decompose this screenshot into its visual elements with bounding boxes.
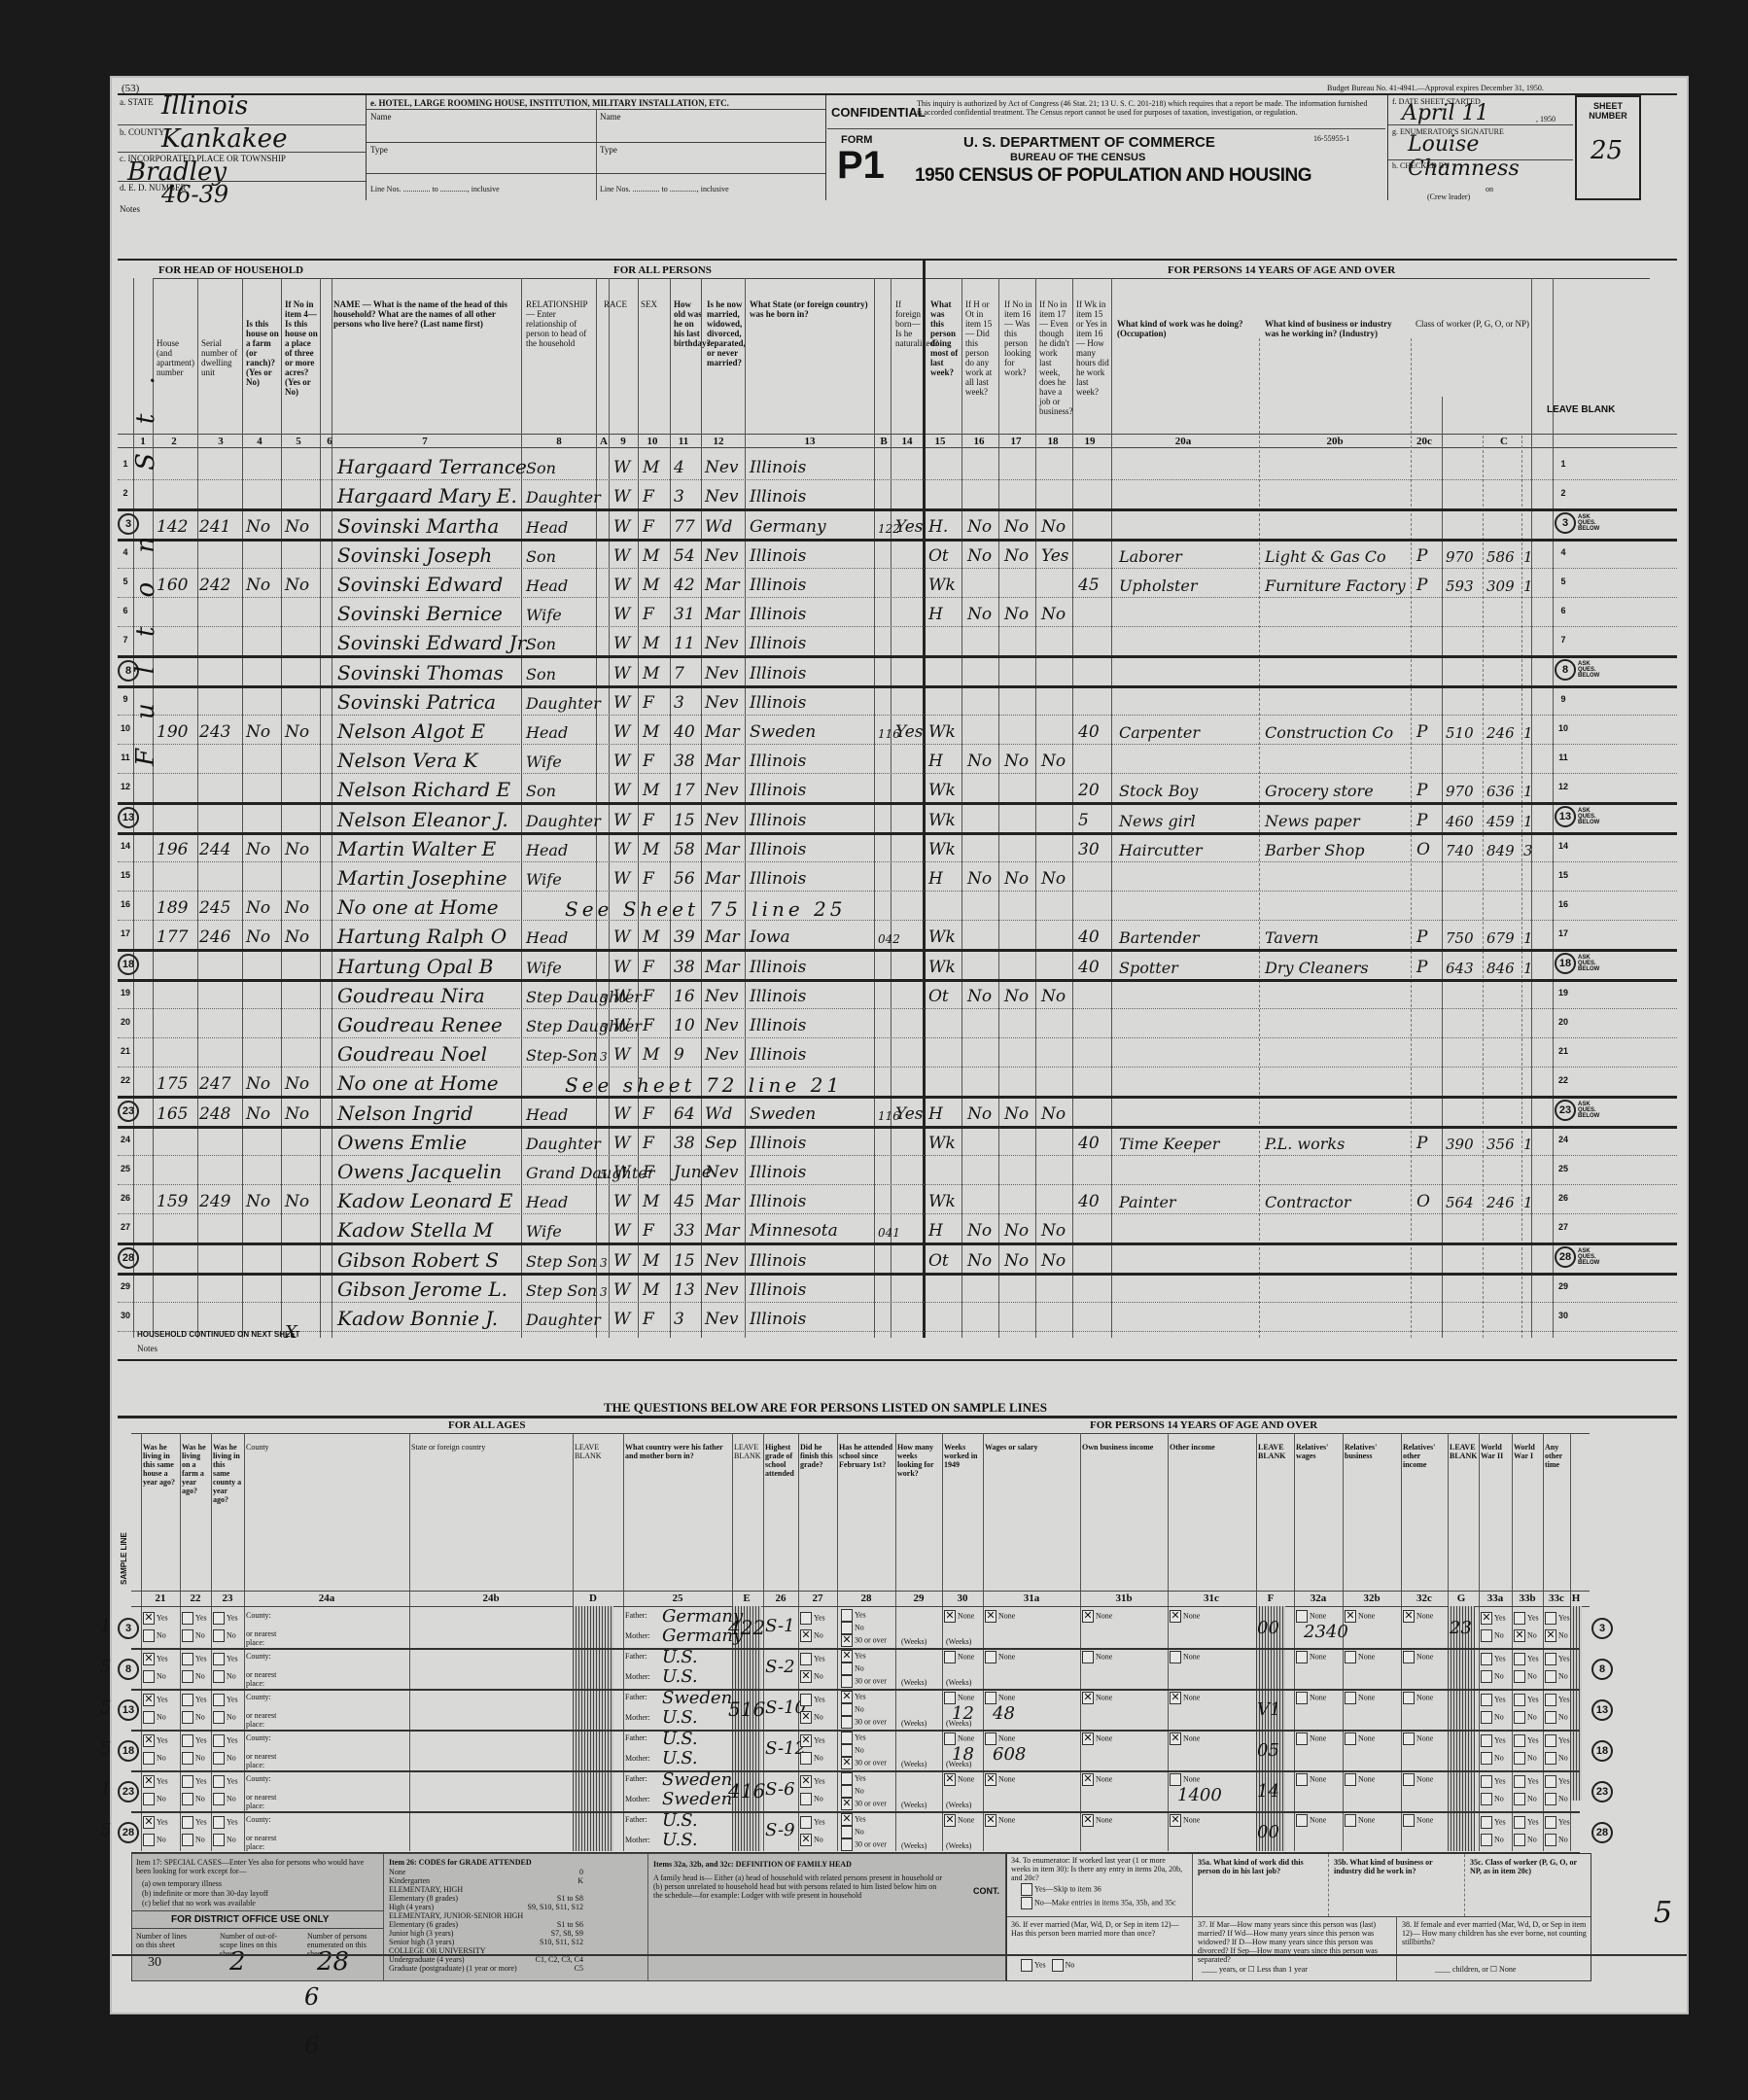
school-30-or-over-checkbox[interactable] [841, 1838, 853, 1851]
on-farm-no-checkbox[interactable] [182, 1670, 193, 1683]
ww1-no-label: No [1527, 1671, 1537, 1680]
other-service-yes-checkbox[interactable] [1545, 1612, 1556, 1625]
wages-none-checkbox[interactable] [985, 1651, 996, 1663]
other-service-no-checkbox[interactable] [1545, 1793, 1556, 1805]
wages-none-checkbox[interactable]: ✕ [985, 1814, 996, 1827]
same-county-yes-checkbox[interactable] [213, 1816, 225, 1829]
same-county-no-checkbox[interactable] [213, 1670, 225, 1683]
relatives-wages-none-checkbox[interactable] [1296, 1732, 1308, 1745]
relatives-other-none-checkbox[interactable] [1403, 1773, 1415, 1786]
business-income-none-label: None [1096, 1774, 1112, 1783]
grade-code-value: S10, S11, S12 [540, 1938, 583, 1946]
same-house-no-checkbox[interactable] [143, 1752, 155, 1765]
any-work: No [967, 987, 992, 1006]
school-since-feb-yes-checkbox[interactable]: ✕ [841, 1813, 853, 1826]
same-house-yes-checkbox[interactable]: ✕ [143, 1734, 155, 1747]
relatives-business-none-checkbox[interactable] [1345, 1692, 1356, 1704]
header-acres: If No in item 4— Is this house on a plac… [285, 299, 318, 397]
table-row: 33ASK QUES. BELOW142241NoNoSovinski Mart… [118, 509, 1677, 539]
business-income-none-checkbox[interactable]: ✕ [1082, 1610, 1094, 1623]
column-number: 19 [1078, 436, 1101, 447]
mother-label: Mother: [625, 1672, 650, 1681]
code-industry: 246 [1486, 1194, 1515, 1211]
finished-grade-yes-checkbox[interactable] [800, 1612, 812, 1625]
sample-row: 51818✕YesNoYesNoYesNoCounty:or nearest p… [118, 1731, 1677, 1771]
table-row: 2424Owens EmlieDaughterWF38SepIllinoisWk… [118, 1127, 1677, 1156]
business-income-none-checkbox[interactable]: ✕ [1082, 1732, 1094, 1745]
finished-grade-yes-checkbox[interactable]: ✕ [800, 1734, 812, 1747]
race: W [613, 869, 630, 889]
ww1-yes-checkbox[interactable] [1514, 1694, 1525, 1706]
sample-column-number: 25 [623, 1592, 732, 1604]
class-of-worker: P [1416, 811, 1427, 830]
sample-column-number: 24b [409, 1592, 573, 1604]
relationship: Daughter [526, 1135, 601, 1153]
finished-grade-yes-label: Yes [814, 1735, 825, 1744]
institution-block: e. HOTEL, LARGE ROOMING HOUSE, INSTITUTI… [367, 95, 826, 200]
sample-persons-14: FOR PERSONS 14 YEARS OF AGE AND OVER [1090, 1419, 1317, 1431]
birthplace: Illinois [750, 840, 806, 859]
ww2-yes-checkbox[interactable]: ✕ [1481, 1612, 1492, 1625]
school-since-feb-no-checkbox[interactable] [841, 1826, 853, 1838]
q34-yes-checkbox[interactable] [1021, 1883, 1032, 1896]
line-number-right: 20 [1555, 1017, 1572, 1027]
other-service-no-checkbox[interactable]: ✕ [1545, 1629, 1556, 1642]
relatives-wages-none-checkbox[interactable] [1296, 1651, 1308, 1663]
on-farm-no-checkbox[interactable] [182, 1711, 193, 1724]
relatives-other-none-checkbox[interactable]: ✕ [1403, 1610, 1415, 1623]
relatives-other-none-checkbox[interactable] [1403, 1814, 1415, 1827]
same-county-no-label: No [227, 1835, 236, 1843]
same-house-yes-checkbox[interactable]: ✕ [143, 1653, 155, 1665]
other-income-none-checkbox[interactable]: ✕ [1170, 1732, 1181, 1745]
ww2-no-checkbox[interactable] [1481, 1834, 1492, 1846]
on-farm-no-checkbox[interactable] [182, 1629, 193, 1642]
business-income-none-checkbox[interactable] [1082, 1651, 1094, 1663]
same-county-yes-checkbox[interactable] [213, 1734, 225, 1747]
finished-grade-no-checkbox[interactable] [800, 1793, 812, 1805]
finished-grade-yes-checkbox[interactable]: ✕ [800, 1775, 812, 1788]
other-service-yes-checkbox[interactable] [1545, 1816, 1556, 1829]
same-county-yes-checkbox[interactable] [213, 1694, 225, 1706]
relatives-business-none-checkbox[interactable] [1345, 1814, 1356, 1827]
q34-no-checkbox[interactable] [1021, 1897, 1032, 1909]
line-number: 19 [118, 988, 133, 997]
nearest-place-label: or nearest place: [246, 1629, 285, 1647]
school-since-feb-yes-checkbox[interactable]: ✕ [841, 1691, 853, 1703]
marital-status: Wd [705, 517, 732, 537]
other-income-none-label: None [1183, 1733, 1200, 1742]
header-marital: Is he now married, widowed, divorced, se… [707, 299, 744, 367]
sample-row: 588✕YesNoYesNoYesNoCounty:or nearest pla… [118, 1649, 1677, 1690]
line-number-right: 16 [1555, 899, 1572, 909]
relationship: Head [526, 723, 568, 742]
other-service-yes-checkbox[interactable] [1545, 1694, 1556, 1706]
other-service-yes-checkbox[interactable] [1545, 1653, 1556, 1665]
ww1-no-checkbox[interactable] [1514, 1670, 1525, 1683]
grade-code-item: Elementary (8 grades)S1 to S8 [389, 1894, 583, 1903]
finished-grade-no-checkbox[interactable]: ✕ [800, 1629, 812, 1642]
same-house-yes-label: Yes [157, 1654, 168, 1662]
finished-grade-no-checkbox[interactable]: ✕ [800, 1834, 812, 1846]
line-number-right: 7 [1555, 635, 1572, 645]
house-number: 159 [157, 1192, 188, 1211]
finished-grade-yes-label: Yes [814, 1613, 825, 1622]
person-name: Sovinski Martha [337, 514, 499, 538]
birthplace: Illinois [750, 781, 806, 800]
hours-worked: 40 [1078, 927, 1100, 947]
business-income-none-checkbox[interactable]: ✕ [1082, 1773, 1094, 1786]
sex: M [643, 927, 659, 947]
ww2-no-checkbox[interactable] [1481, 1670, 1492, 1683]
on-farm-no-checkbox[interactable] [182, 1793, 193, 1805]
on-farm-no-checkbox[interactable] [182, 1752, 193, 1765]
relatives-wages-none-label: None [1310, 1774, 1326, 1783]
street-name-vertical: Fulton St. [131, 347, 160, 766]
other-service-yes-checkbox[interactable] [1545, 1775, 1556, 1788]
same-county-yes-checkbox[interactable] [213, 1612, 225, 1625]
table-row: 3030Kadow Bonnie J.DaughterWF3NevIllinoi… [118, 1303, 1677, 1332]
ww1-no-checkbox[interactable] [1514, 1752, 1525, 1765]
other-service-no-checkbox[interactable] [1545, 1752, 1556, 1765]
school-since-feb-no-checkbox[interactable] [841, 1744, 853, 1757]
finished-grade-yes-checkbox[interactable] [800, 1653, 812, 1665]
ww2-no-label: No [1494, 1671, 1504, 1680]
q36-no-checkbox[interactable] [1052, 1959, 1064, 1972]
school-since-feb-no-checkbox[interactable] [841, 1622, 853, 1634]
age: 17 [674, 781, 695, 800]
race: W [613, 605, 630, 624]
finished-grade-yes-checkbox[interactable] [800, 1694, 812, 1706]
any-work: No [967, 605, 992, 624]
code-industry: 309 [1486, 577, 1515, 595]
age: 58 [674, 840, 695, 859]
relatives-wages-none-checkbox[interactable] [1296, 1814, 1308, 1827]
sample-column-header: Was he living in this same house a year … [143, 1443, 178, 1487]
line-number-right: 10 [1555, 723, 1572, 733]
same-county-no-label: No [227, 1630, 236, 1639]
code-class: 1 [1523, 929, 1533, 947]
table-row: 22Hargaard Mary E.DaughterWF3NevIllinois [118, 480, 1677, 509]
business-income-none-checkbox[interactable]: ✕ [1082, 1814, 1094, 1827]
sample-line-marker-right: 18 [1591, 1740, 1613, 1762]
ww1-no-label: No [1527, 1835, 1537, 1843]
same-house-no-checkbox[interactable] [143, 1793, 155, 1805]
same-county-no-checkbox[interactable] [213, 1834, 225, 1846]
school-since-feb-no-checkbox[interactable] [841, 1662, 853, 1675]
table-row: 2121Goudreau NoelStep-Son3WM9NevIllinois [118, 1038, 1677, 1067]
ww2-yes-checkbox[interactable] [1481, 1816, 1492, 1829]
school-since-feb-yes-label: Yes [855, 1651, 866, 1660]
sample-line-marker-right: 28 [1555, 1246, 1576, 1268]
ww2-yes-checkbox[interactable] [1481, 1775, 1492, 1788]
ww2-no-checkbox[interactable] [1481, 1711, 1492, 1724]
race: W [613, 958, 630, 977]
ww1-yes-checkbox[interactable] [1514, 1734, 1525, 1747]
sample-left-mark: 5 [100, 1820, 111, 1840]
relationship: Son [526, 782, 556, 800]
race: W [613, 1045, 630, 1065]
code-industry: 459 [1486, 813, 1515, 830]
same-house-yes-checkbox[interactable]: ✕ [143, 1612, 155, 1625]
naturalized: Yes [895, 722, 924, 742]
ww1-no-checkbox[interactable] [1514, 1711, 1525, 1724]
school-30-or-over-checkbox[interactable] [841, 1675, 853, 1688]
weeks-worked-none-checkbox[interactable]: ✕ [944, 1814, 956, 1827]
ww1-no-checkbox[interactable] [1514, 1834, 1525, 1846]
header-sex: SEX [641, 299, 670, 309]
on-farm-yes-checkbox[interactable] [182, 1775, 193, 1788]
same-house-no-checkbox[interactable] [143, 1629, 155, 1642]
occupation: Upholster [1119, 577, 1198, 595]
marital-status: Nev [705, 1251, 739, 1271]
same-house-no-checkbox[interactable] [143, 1834, 155, 1846]
on-farm-yes-checkbox[interactable] [182, 1694, 193, 1706]
table-row: 99Sovinski PatricaDaughterWF3NevIllinois [118, 686, 1677, 716]
on-farm-yes-checkbox[interactable] [182, 1653, 193, 1665]
relatives-other-none-checkbox[interactable] [1403, 1732, 1415, 1745]
same-house-no-checkbox[interactable] [143, 1711, 155, 1724]
relatives-business-none-checkbox[interactable] [1345, 1732, 1356, 1745]
other-service-no-checkbox[interactable] [1545, 1834, 1556, 1846]
person-name: No one at Home [337, 895, 499, 919]
grade-code-item: KindergartenK [389, 1876, 583, 1885]
looking-for-work: No [1004, 752, 1029, 771]
weeks-worked-none-checkbox[interactable] [944, 1651, 956, 1663]
ww2-yes-checkbox[interactable] [1481, 1694, 1492, 1706]
relatives-wages-none-checkbox[interactable] [1296, 1773, 1308, 1786]
relatives-business-none-label: None [1358, 1611, 1375, 1620]
grade-code-label: High (4 years) [389, 1903, 434, 1911]
finished-grade-yes-checkbox[interactable] [800, 1816, 812, 1829]
other-service-no-checkbox[interactable] [1545, 1670, 1556, 1683]
school-since-feb-no-checkbox[interactable] [841, 1785, 853, 1798]
family-head-title: Items 32a, 32b, and 32c: DEFINITION OF F… [653, 1860, 852, 1869]
sample-column-header: Relatives' other income [1403, 1443, 1446, 1469]
leave-blank-a: 3 [600, 1021, 608, 1034]
marital-status: Nev [705, 487, 739, 507]
relationship: Head [526, 518, 568, 537]
ww2-no-checkbox[interactable] [1481, 1793, 1492, 1805]
other-service-yes-label: Yes [1558, 1817, 1570, 1826]
any-work: No [967, 1221, 992, 1241]
sample-column-number: 32a [1294, 1592, 1343, 1604]
ww1-yes-checkbox[interactable] [1514, 1775, 1525, 1788]
sheet-number: 25 [1591, 136, 1623, 165]
ww1-no-checkbox[interactable]: ✕ [1514, 1629, 1525, 1642]
ask-below-label: ASK QUES. BELOW [1578, 661, 1599, 679]
house-number: 177 [157, 927, 188, 947]
marital-status: Sep [705, 1134, 737, 1153]
relatives-other-none-label: None [1416, 1815, 1433, 1824]
header-birthplace: What State (or foreign country) was he b… [750, 299, 876, 319]
sample-line-marker: 13 [118, 1699, 139, 1721]
weeks-worked-none-checkbox[interactable]: ✕ [944, 1610, 956, 1623]
finished-grade-no-label: No [814, 1630, 823, 1639]
grade-attended: S-1 [765, 1616, 795, 1636]
same-county-no-checkbox[interactable] [213, 1793, 225, 1805]
other-income-none-checkbox[interactable]: ✕ [1170, 1814, 1181, 1827]
same-house-yes-checkbox[interactable]: ✕ [143, 1775, 155, 1788]
q35a-text: 35a. What kind of work did this person d… [1198, 1858, 1314, 1875]
line-number-right: 27 [1555, 1222, 1572, 1232]
same-house-yes-checkbox[interactable]: ✕ [143, 1694, 155, 1706]
finished-grade-no-checkbox[interactable]: ✕ [800, 1711, 812, 1724]
age: 7 [674, 664, 684, 683]
wages-none-label: None [998, 1774, 1015, 1783]
grade-code-value: S7, S8, S9 [551, 1929, 583, 1938]
finished-grade-no-checkbox[interactable]: ✕ [800, 1670, 812, 1683]
wages-none-checkbox[interactable]: ✕ [985, 1773, 996, 1786]
school-30-or-over-checkbox[interactable] [841, 1716, 853, 1729]
has-job: Yes [1041, 546, 1069, 566]
same-county-no-checkbox[interactable] [213, 1752, 225, 1765]
school-since-feb-yes-label: Yes [855, 1732, 866, 1741]
occupation: Laborer [1119, 547, 1182, 566]
other-income-none-checkbox[interactable]: ✕ [1170, 1610, 1181, 1623]
q36-yes-checkbox[interactable] [1021, 1959, 1032, 1972]
sample-column-number: 23 [211, 1592, 244, 1604]
wages-none-label: None [998, 1733, 1015, 1742]
school-30-or-over-checkbox[interactable]: ✕ [841, 1798, 853, 1810]
race: W [613, 1016, 630, 1035]
ww2-yes-checkbox[interactable] [1481, 1734, 1492, 1747]
nearest-place-label: or nearest place: [246, 1834, 285, 1851]
hours-worked: 40 [1078, 722, 1100, 742]
relatives-other-none-checkbox[interactable] [1403, 1651, 1415, 1663]
school-since-feb-yes-checkbox[interactable] [841, 1732, 853, 1744]
same-county-no-checkbox[interactable] [213, 1711, 225, 1724]
other-income-none-checkbox[interactable]: ✕ [1170, 1692, 1181, 1704]
same-house-no-checkbox[interactable] [143, 1670, 155, 1683]
weeks-worked-value: 18 [952, 1744, 974, 1765]
same-county-no-checkbox[interactable] [213, 1629, 225, 1642]
same-house-no-label: No [157, 1794, 166, 1802]
race: W [613, 1251, 630, 1271]
line-number-right: 6 [1555, 606, 1572, 615]
other-income-none-label: None [1183, 1693, 1200, 1701]
age: 64 [674, 1104, 695, 1124]
ww1-yes-checkbox[interactable] [1514, 1653, 1525, 1665]
ww2-no-checkbox[interactable] [1481, 1629, 1492, 1642]
age: 10 [674, 1016, 695, 1035]
school-30-or-over-label: 30 or over [855, 1717, 887, 1726]
ww1-yes-checkbox[interactable] [1514, 1612, 1525, 1625]
school-30-or-over-checkbox[interactable]: ✕ [841, 1634, 853, 1647]
wages-none-label: None [998, 1693, 1015, 1701]
ww2-no-checkbox[interactable] [1481, 1752, 1492, 1765]
activity: Wk [928, 927, 956, 947]
leave-blank-e-code: 416 [728, 1779, 765, 1802]
person-name: Sovinski Edward [337, 573, 503, 596]
on-farm-yes-checkbox[interactable] [182, 1816, 193, 1829]
relatives-wages-none-label: None [1310, 1815, 1326, 1824]
acres-answer: No [285, 840, 309, 859]
school-since-feb-yes-checkbox[interactable]: ✕ [841, 1650, 853, 1662]
header-industry: What kind of business or industry was he… [1265, 319, 1401, 338]
same-county-yes-checkbox[interactable] [213, 1775, 225, 1788]
age: 3 [674, 693, 684, 713]
school-since-feb-yes-checkbox[interactable] [841, 1772, 853, 1785]
header-serial: Serial number of dwelling unit [201, 338, 240, 377]
column-number: B [872, 436, 895, 447]
on-farm-yes-checkbox[interactable] [182, 1612, 193, 1625]
q34-text: 34. To enumerator: If worked last year (… [1011, 1856, 1186, 1882]
table-row: 66Sovinski BerniceWifeWF31MarIllinoisHNo… [118, 598, 1677, 627]
same-house-yes-label: Yes [157, 1817, 168, 1826]
table-row: 1616189245NoNoNo one at HomeSee Sheet 75… [118, 892, 1677, 921]
other-service-no-label: No [1558, 1835, 1568, 1843]
grade-code-label: Kindergarten [389, 1876, 430, 1885]
header-occupation: What kind of work was he doing? (Occupat… [1117, 319, 1253, 338]
house-number: 189 [157, 898, 188, 918]
relatives-business-none-checkbox[interactable] [1345, 1773, 1356, 1786]
county-label: County: [246, 1652, 271, 1661]
weeks-worked-none-checkbox[interactable]: ✕ [944, 1773, 956, 1786]
wages-value: 608 [993, 1744, 1026, 1765]
grade-attended: S-9 [765, 1820, 795, 1840]
any-work: No [967, 752, 992, 771]
on-farm-no-checkbox[interactable] [182, 1834, 193, 1846]
birthplace: Illinois [750, 1192, 806, 1211]
sample-column-header: LEAVE BLANK [1258, 1443, 1283, 1460]
person-name: Hartung Ralph O [337, 925, 507, 948]
relatives-business-none-checkbox[interactable] [1345, 1651, 1356, 1663]
sample-line-marker: 28 [118, 1247, 139, 1269]
finished-grade-no-label: No [814, 1753, 823, 1762]
person-name: Nelson Algot E [337, 719, 485, 743]
business-income-none-checkbox[interactable]: ✕ [1082, 1692, 1094, 1704]
father-label: Father: [625, 1815, 647, 1824]
school-30-or-over-checkbox[interactable]: ✕ [841, 1757, 853, 1769]
q34-yes-label: Yes—Skip to item 36 [1034, 1884, 1101, 1893]
school-since-feb-no-checkbox[interactable] [841, 1703, 853, 1716]
ww1-yes-checkbox[interactable] [1514, 1816, 1525, 1829]
school-since-feb-yes-checkbox[interactable] [841, 1609, 853, 1622]
ww2-yes-checkbox[interactable] [1481, 1653, 1492, 1665]
other-income-none-checkbox[interactable] [1170, 1651, 1181, 1663]
finished-grade-no-checkbox[interactable] [800, 1752, 812, 1765]
other-service-yes-checkbox[interactable] [1545, 1734, 1556, 1747]
weeks-label-29: (Weeks) [901, 1678, 926, 1687]
district-col-lines: Number of lines on this sheet [136, 1932, 194, 1949]
relatives-wages-none-label: None [1310, 1693, 1326, 1701]
marital-status: Mar [705, 1221, 740, 1241]
acres-answer: No [285, 517, 309, 537]
household-continued-checkbox[interactable]: X [285, 1322, 297, 1343]
column-number: 9 [612, 436, 635, 447]
same-house-yes-checkbox[interactable]: ✕ [143, 1816, 155, 1829]
column-number: 18 [1041, 436, 1065, 447]
leave-blank-a: 3 [600, 992, 608, 1005]
business-income-none-label: None [1096, 1652, 1112, 1661]
wages-none-checkbox[interactable]: ✕ [985, 1610, 996, 1623]
activity: Wk [928, 781, 956, 800]
relatives-business-none-checkbox[interactable]: ✕ [1345, 1610, 1356, 1623]
on-farm-yes-checkbox[interactable] [182, 1734, 193, 1747]
same-county-yes-checkbox[interactable] [213, 1653, 225, 1665]
sex: M [643, 576, 659, 595]
sample-column-header: Was he living in this same county a year… [213, 1443, 242, 1504]
nearest-place-label: or nearest place: [246, 1752, 285, 1769]
relatives-other-none-checkbox[interactable] [1403, 1692, 1415, 1704]
relatives-wages-none-checkbox[interactable] [1296, 1692, 1308, 1704]
age: 54 [674, 546, 695, 566]
relationship: Daughter [526, 694, 601, 713]
other-service-no-checkbox[interactable] [1545, 1711, 1556, 1724]
ww1-no-checkbox[interactable] [1514, 1793, 1525, 1805]
on-farm-yes-label: Yes [195, 1776, 207, 1785]
